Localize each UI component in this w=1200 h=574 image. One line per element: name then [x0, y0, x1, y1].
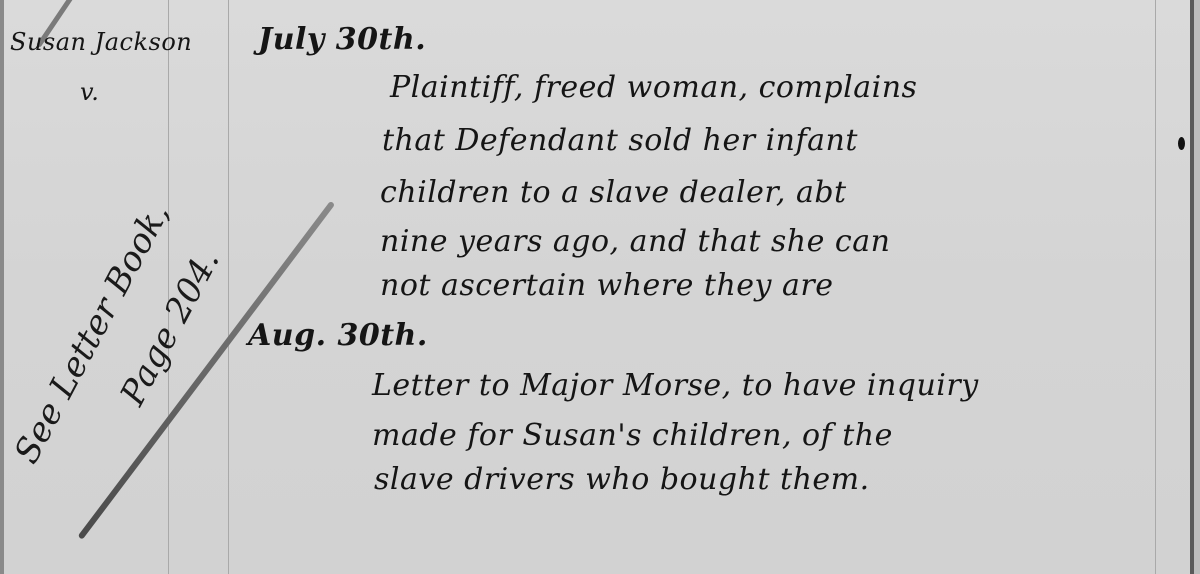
complaint-line-1: Plaintiff, freed woman, complains	[390, 70, 917, 105]
action-line-1: Letter to Major Morse, to have inquiry	[372, 368, 979, 403]
page-left-edge	[0, 0, 4, 574]
complaint-line-4: nine years ago, and that she can	[380, 224, 890, 259]
plaintiff-name: Susan Jackson	[10, 28, 192, 56]
first-date: July 30th.	[258, 22, 426, 57]
action-line-3: slave drivers who bought them.	[374, 462, 870, 497]
ink-blot	[1178, 137, 1185, 150]
action-line-2: made for Susan's children, of the	[372, 418, 893, 453]
versus-label: v.	[80, 78, 99, 106]
ledger-page: Susan Jackson v. July 30th. Plaintiff, f…	[0, 0, 1200, 574]
complaint-line-2: that Defendant sold her infant	[382, 123, 858, 158]
complaint-line-5: not ascertain where they are	[380, 268, 834, 303]
ruled-line-3	[1155, 0, 1156, 574]
ruled-line-2	[228, 0, 229, 574]
second-date: Aug. 30th.	[248, 318, 428, 353]
complaint-line-3: children to a slave dealer, abt	[380, 175, 847, 210]
binding-shadow	[1194, 0, 1200, 574]
